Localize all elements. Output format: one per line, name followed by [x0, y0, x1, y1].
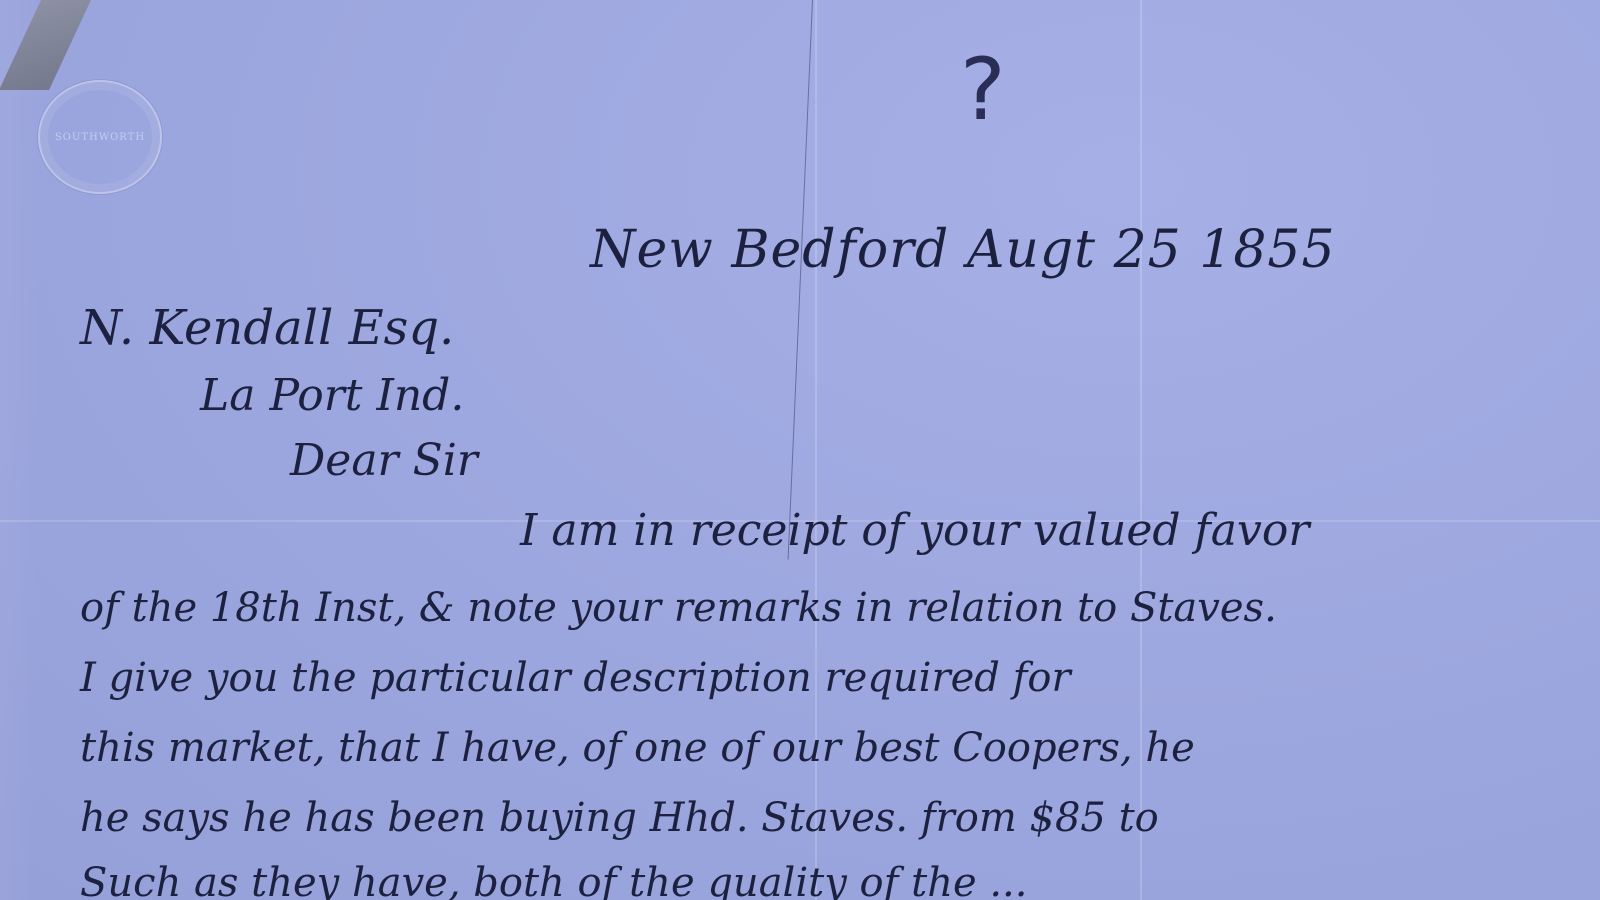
body-line-5: he says he has been buying Hhd. Staves. … — [80, 795, 1159, 841]
tape-residue — [0, 0, 91, 90]
stamp-text: SOUTHWORTH — [55, 132, 145, 143]
recipient-location: La Port Ind. — [200, 370, 464, 421]
recipient-name: N. Kendall Esq. — [80, 300, 454, 356]
body-line-6: Such as they have, both of the quality o… — [80, 860, 1027, 900]
body-line-3: I give you the particular description re… — [80, 655, 1071, 701]
dateline: New Bedford Augt 25 1855 — [590, 220, 1336, 280]
body-line-2: of the 18th Inst, & note your remarks in… — [80, 585, 1277, 631]
margin-question-mark: ? — [960, 40, 1006, 140]
salutation: Dear Sir — [290, 435, 478, 486]
body-line-4: this market, that I have, of one of our … — [80, 725, 1195, 771]
body-line-1: I am in receipt of your valued favor — [520, 505, 1309, 556]
embossed-stamp: SOUTHWORTH — [38, 80, 162, 194]
